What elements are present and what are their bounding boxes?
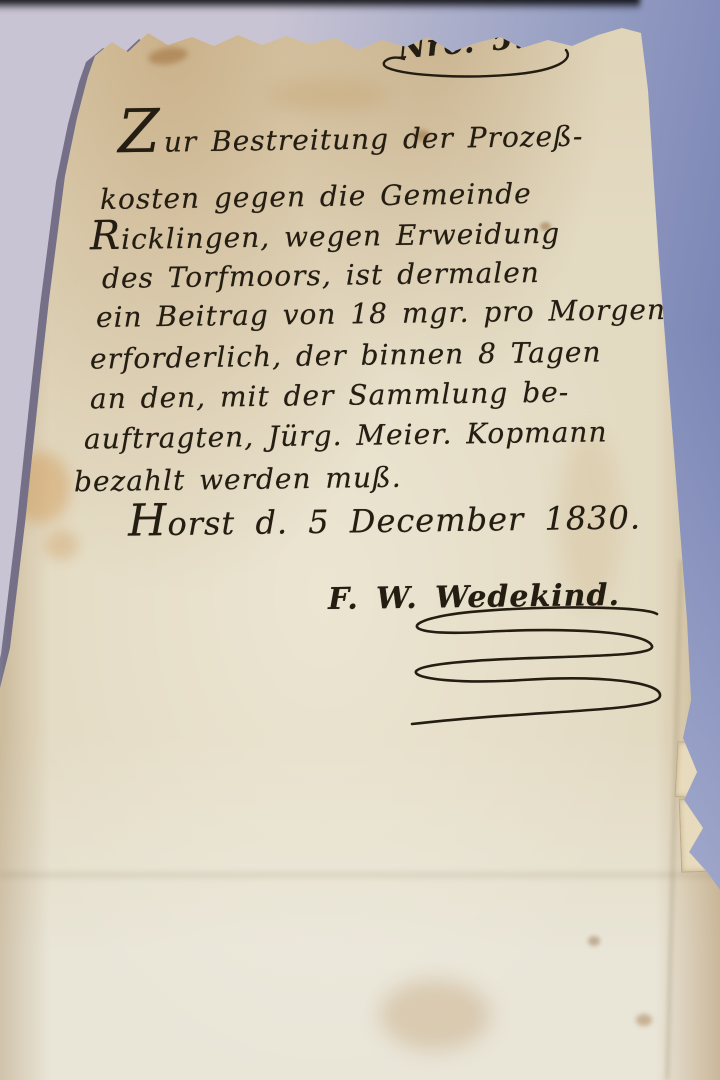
manuscript-page: Nro: 5. Zur Bestreitung der Prozeß- kost… — [0, 0, 720, 1080]
foxing-stain — [636, 1014, 652, 1026]
manuscript-line: Zur Bestreitung der Prozeß- — [118, 105, 584, 159]
manuscript-line: des Torfmoors, ist dermalen — [102, 256, 540, 295]
foxing-stain — [588, 936, 600, 946]
signature-flourish — [352, 602, 672, 732]
top-edge-shadow — [0, 0, 640, 10]
plus-mark — [690, 788, 706, 804]
number-underline-flourish — [378, 36, 578, 86]
manuscript-line: auftragten, Jürg. Meier. Kopmann — [84, 415, 608, 455]
manuscript-line: an den, mit der Sammlung be- — [90, 376, 570, 416]
foxing-stain — [44, 530, 78, 560]
photo-backdrop: Nro: 5. Zur Bestreitung der Prozeß- kost… — [0, 0, 720, 1080]
foxing-stain — [380, 980, 490, 1050]
tape-repair — [679, 797, 720, 872]
dateline: Horst d. 5 December 1830. — [128, 496, 642, 543]
manuscript-line: kosten gegen die Gemeinde — [100, 177, 532, 216]
manuscript-line: ein Beitrag von 18 mgr. pro Morgen — [96, 293, 666, 334]
manuscript-line: erforderlich, der binnen 8 Tagen — [90, 335, 602, 375]
paper-fold-line — [0, 872, 720, 878]
foxing-stain — [147, 45, 189, 66]
tape-repair — [675, 741, 710, 799]
manuscript-line: bezahlt werden muß. — [74, 461, 402, 499]
manuscript-line: Ricklingen, wegen Erweidung — [90, 214, 561, 257]
